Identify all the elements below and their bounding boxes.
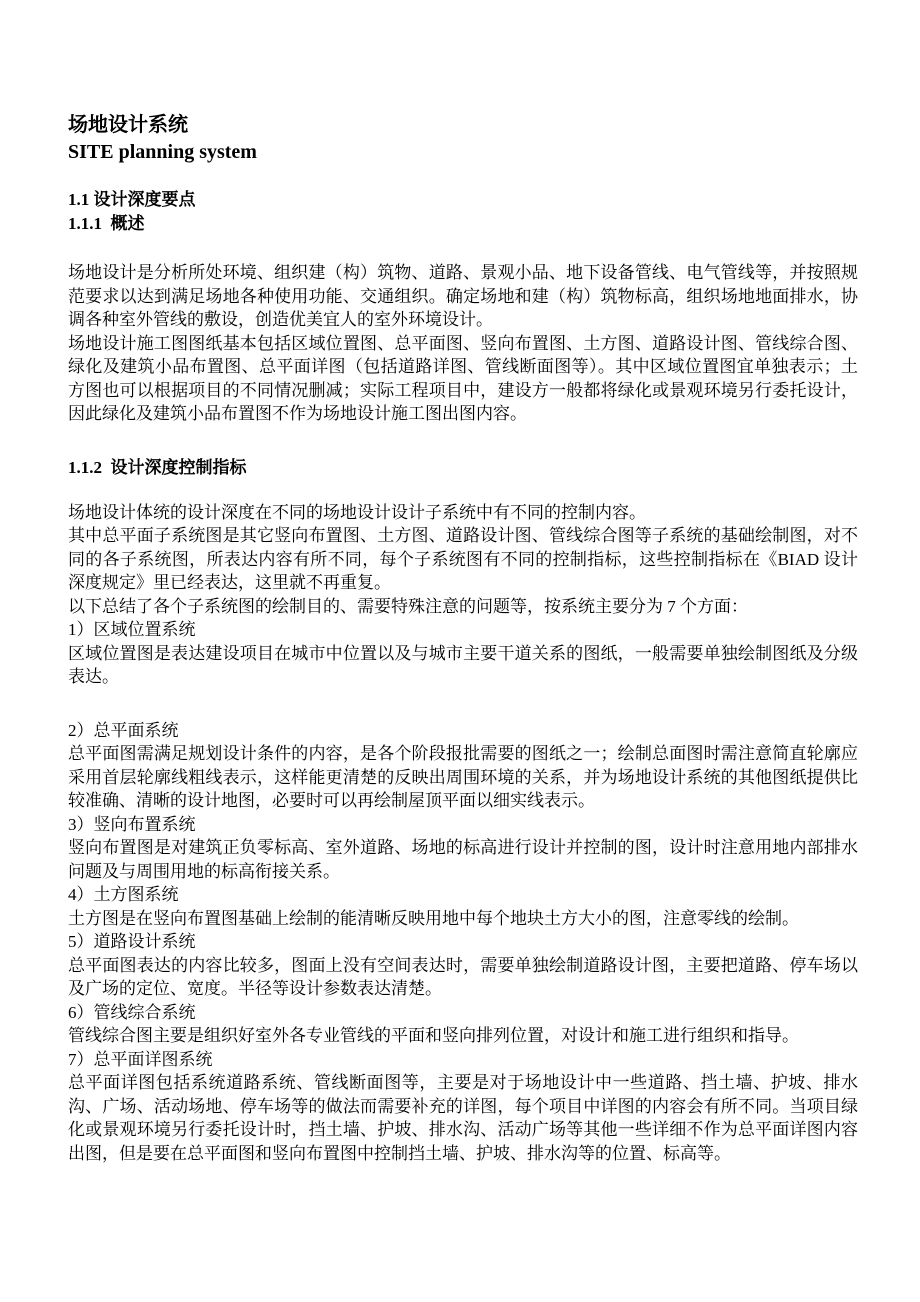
list-item-label-3: 3）竖向布置系统 [68,813,858,837]
list-item-body-7: 总平面详图包括系统道路系统、管线断面图等，主要是对于场地设计中一些道路、挡土墙、… [68,1071,858,1165]
list-item-label-2: 2）总平面系统 [68,719,858,743]
list-item-body-4: 土方图是在竖向布置图基础上绘制的能清晰反映用地中每个地块土方大小的图，注意零线的… [68,907,858,931]
list-item-body-6: 管线综合图主要是组织好室外各专业管线的平面和竖向排列位置，对设计和施工进行组织和… [68,1024,858,1048]
list-item-body-3: 竖向布置图是对建筑正负零标高、室外道路、场地的标高进行设计并控制的图，设计时注意… [68,836,858,883]
paragraph-intro-2: 其中总平面子系统图是其它竖向布置图、土方图、道路设计图、管线综合图等子系统的基础… [68,524,858,595]
list-item-body-5: 总平面图表达的内容比较多，图面上没有空间表达时，需要单独绘制道路设计图，主要把道… [68,954,858,1001]
paragraph-intro-1: 场地设计体统的设计深度在不同的场地设计设计子系统中有不同的控制内容。 [68,501,858,525]
list-item-body-2: 总平面图需满足规划设计条件的内容，是各个阶段报批需要的图纸之一；绘制总面图时需注… [68,742,858,813]
list-item-label-6: 6）管线综合系统 [68,1001,858,1025]
list-item-label-4: 4）土方图系统 [68,883,858,907]
doc-title-en: SITE planning system [68,139,858,166]
heading-1-1: 1.1 设计深度要点 [68,188,858,212]
paragraph-overview-1: 场地设计是分析所处环境、组织建（构）筑物、道路、景观小品、地下设备管线、电气管线… [68,261,858,332]
document-page: 场地设计系统 SITE planning system 1.1 设计深度要点 1… [0,0,920,1302]
list-item-body-1: 区域位置图是表达建设项目在城市中位置以及与城市主要干道关系的图纸，一般需要单独绘… [68,642,858,689]
list-item-label-7: 7）总平面详图系统 [68,1048,858,1072]
list-item-label-1: 1）区域位置系统 [68,618,858,642]
heading-1-1-2: 1.1.2 设计深度控制指标 [68,456,858,480]
doc-title-cn: 场地设计系统 [68,112,858,139]
list-item-label-5: 5）道路设计系统 [68,930,858,954]
paragraph-overview-2: 场地设计施工图图纸基本包括区域位置图、总平面图、竖向布置图、土方图、道路设计图、… [68,332,858,426]
paragraph-intro-3: 以下总结了各个子系统图的绘制目的、需要特殊注意的问题等，按系统主要分为 7 个方… [68,595,858,619]
heading-1-1-1: 1.1.1 概述 [68,212,858,236]
